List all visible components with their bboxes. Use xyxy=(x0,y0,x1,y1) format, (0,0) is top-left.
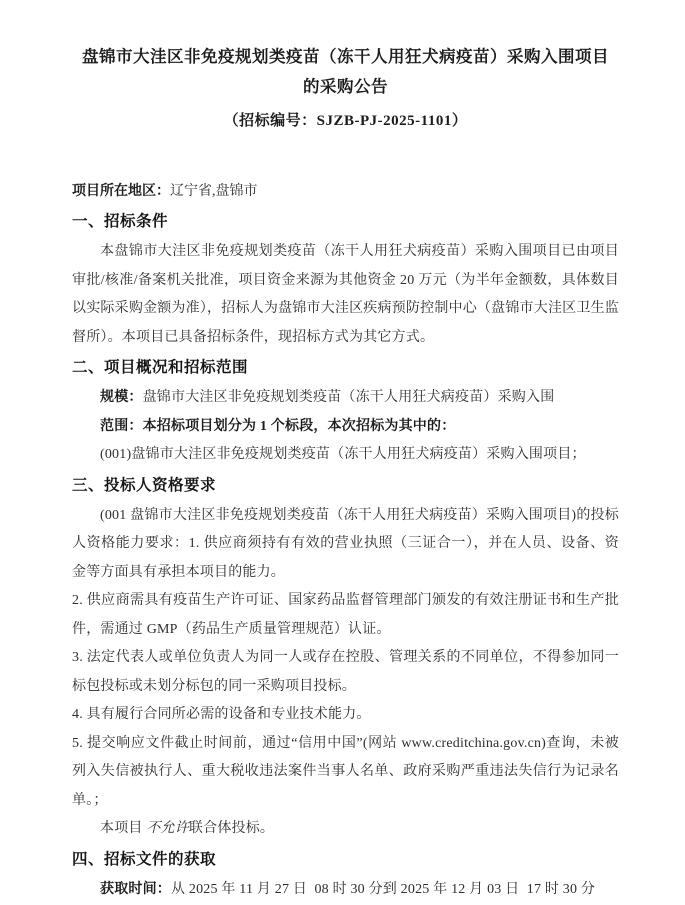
section-1-heading: 一、招标条件 xyxy=(72,208,619,236)
bidder-qualification-paragraph-2: 2. 供应商需具有疫苗生产许可证、国家药品监督管理部门颁发的有效注册证书和生产批… xyxy=(72,587,619,644)
document-obtain-time-line: 获取时间：从 2025 年 11 月 27 日 08 时 30 分到 2025 … xyxy=(72,876,619,905)
consortium-not-allowed-emphasis: 不允许 xyxy=(146,821,189,836)
bidder-qualification-paragraph-3: 3. 法定代表人或单位负责人为同一人或存在控股、管理关系的不同单位，不得参加同一… xyxy=(72,644,619,701)
document-title: 盘锦市大洼区非免疫规划类疫苗（冻干人用狂犬病疫苗）采购入围项目的采购公告 xyxy=(76,42,615,102)
bid-number: （招标编号：SJZB-PJ-2025-1101） xyxy=(72,108,619,134)
section-1-paragraph: 本盘锦市大洼区非免疫规划类疫苗（冻干人用狂犬病疫苗）采购入围项目已由项目审批/核… xyxy=(72,238,619,352)
project-location-label: 项目所在地区： xyxy=(72,184,170,199)
procurement-announcement-document: 盘锦市大洼区非免疫规划类疫苗（冻干人用狂犬病疫苗）采购入围项目的采购公告 （招标… xyxy=(0,0,685,905)
section-3-heading: 三、投标人资格要求 xyxy=(72,472,619,500)
project-location-line: 项目所在地区：辽宁省,盘锦市 xyxy=(72,178,619,205)
obtain-time-value: 从 2025 年 11 月 27 日 08 时 30 分到 2025 年 12 … xyxy=(171,882,595,897)
consortium-suffix: 联合体投标。 xyxy=(189,821,274,836)
bidder-qualification-paragraph-4: 4. 具有履行合同所必需的设备和专业技术能力。 xyxy=(72,701,619,730)
section-4-heading: 四、招标文件的获取 xyxy=(72,846,619,874)
bidder-qualification-paragraph-5: 5. 提交响应文件截止时间前，通过“信用中国”(网站 www.creditchi… xyxy=(72,730,619,816)
project-location-value: 辽宁省,盘锦市 xyxy=(170,184,258,199)
scale-label: 规模： xyxy=(100,390,143,405)
obtain-time-label: 获取时间： xyxy=(100,882,171,897)
bidder-qualification-paragraph-1: (001 盘锦市大洼区非免疫规划类疫苗（冻干人用狂犬病疫苗）采购入围项目)的投标… xyxy=(72,502,619,588)
scale-value: 盘锦市大洼区非免疫规划类疫苗（冻干人用狂犬病疫苗）采购入围 xyxy=(143,390,555,405)
consortium-bidding-line: 本项目 不允许联合体投标。 xyxy=(72,815,619,844)
project-scale-line: 规模：盘锦市大洼区非免疫规划类疫苗（冻干人用狂犬病疫苗）采购入围 xyxy=(72,384,619,413)
lot-001-line: (001)盘锦市大洼区非免疫规划类疫苗（冻干人用狂犬病疫苗）采购入围项目； xyxy=(72,441,619,470)
section-2-heading: 二、项目概况和招标范围 xyxy=(72,354,619,382)
consortium-prefix: 本项目 xyxy=(100,821,143,836)
project-scope-line: 范围：本招标项目划分为 1 个标段，本次招标为其中的： xyxy=(72,413,619,442)
